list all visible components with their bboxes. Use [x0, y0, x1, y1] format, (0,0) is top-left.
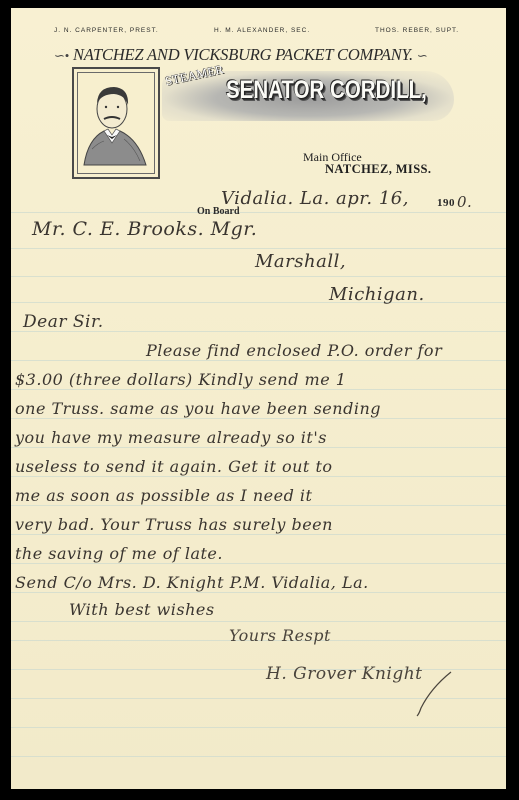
officers-line: J. N. CARPENTER, PREST. H. M. ALEXANDER,…: [11, 27, 506, 39]
body-line: you have my measure already so it's: [15, 428, 327, 447]
salutation: Dear Sir.: [23, 312, 104, 332]
closing-line: With best wishes: [69, 600, 215, 619]
company-name: ∽• NATCHEZ AND VICKSBURG PACKET COMPANY.…: [54, 45, 474, 67]
signature-flourish-icon: [401, 668, 461, 718]
portrait-icon: [74, 69, 158, 177]
body-line: useless to send it again. Get it out to: [15, 457, 333, 476]
body-line: very bad. Your Truss has surely been: [15, 515, 333, 534]
recipient-city: Marshall,: [255, 251, 346, 272]
body-line: $3.00 (three dollars) Kindly send me 1: [15, 370, 346, 389]
letter-sheet: J. N. CARPENTER, PREST. H. M. ALEXANDER,…: [11, 8, 506, 789]
flourish-right-icon: ∽: [417, 48, 428, 63]
signature: H. Grover Knight: [266, 664, 423, 684]
year-suffix: 0.: [457, 193, 472, 211]
body-line: Please find enclosed P.O. order for: [146, 341, 442, 360]
main-office: Main Office NATCHEZ, MISS.: [303, 151, 431, 175]
body-line: me as soon as possible as I need it: [15, 486, 312, 505]
place-date: Vidalia. La. apr. 16,: [221, 188, 409, 209]
recipient-name: Mr. C. E. Brooks. Mgr.: [32, 218, 257, 240]
printed-year-prefix: 190: [437, 197, 455, 209]
flourish-left-icon: ∽•: [54, 48, 69, 63]
body-line: Send C/o Mrs. D. Knight P.M. Vidalia, La…: [15, 573, 369, 592]
vessel-name: SENATOR CORDILL,: [226, 76, 427, 105]
officer-president: J. N. CARPENTER, PREST.: [54, 27, 159, 34]
main-office-city: NATCHEZ, MISS.: [303, 163, 431, 175]
portrait-frame: [72, 67, 160, 179]
officer-superintendent: THOS. REBER, SUPT.: [375, 27, 459, 34]
recipient-state: Michigan.: [329, 284, 425, 305]
body-line: the saving of me of late.: [15, 544, 223, 563]
officer-secretary: H. M. ALEXANDER, SEC.: [214, 27, 310, 34]
complimentary-close: Yours Respt: [229, 626, 331, 645]
body-line: one Truss. same as you have been sending: [15, 399, 381, 418]
